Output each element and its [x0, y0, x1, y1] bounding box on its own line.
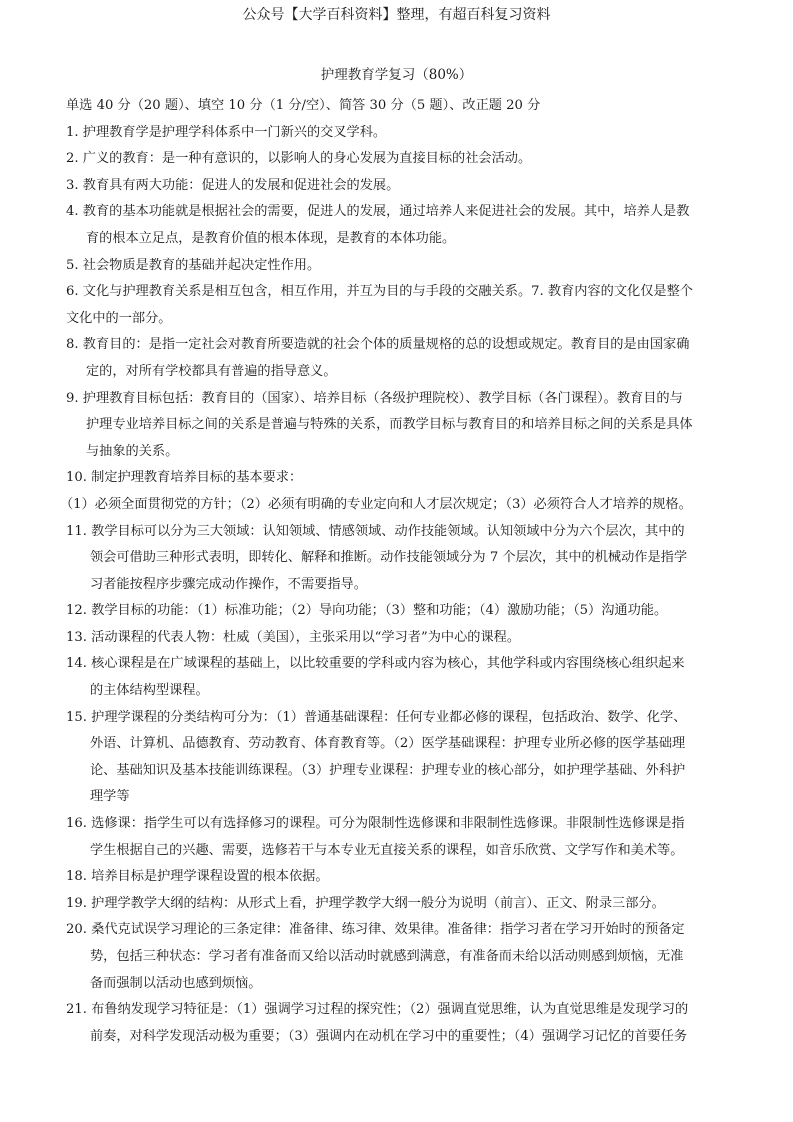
item-line-continued: 习者能按程序步骤完成动作操作，不需要指导。 [66, 572, 742, 599]
item-line-continued: 论、基础知识及基本技能训练课程。（3）护理专业课程：护理专业的核心部分，如护理学… [66, 758, 742, 785]
item-line: 16. 选修课：指学生可以有选择修习的课程。可分为限制性选修课和非限制性选修课。… [66, 811, 742, 838]
item-line: 1. 护理教育学是护理学科体系中一门新兴的交叉学科。 [66, 120, 742, 147]
scoring-line: 单选 40 分（20 题）、填空 10 分（1 分/空）、简答 30 分（5 题… [66, 93, 742, 120]
item-line: 5. 社会物质是教育的基础并起决定性作用。 [66, 253, 742, 280]
item-line-continued: （1）必须全面贯彻党的方针；（2）必须有明确的专业定向和人才层次规定；（3）必须… [60, 492, 742, 519]
list-item-18: 18. 培养目标是护理学课程设置的根本依据。 [66, 864, 742, 891]
item-line: 20. 桑代克试误学习理论的三条定律：准备律、练习律、效果律。准备律：指学习者在… [66, 917, 742, 944]
list-item-16: 16. 选修课：指学生可以有选择修习的课程。可分为限制性选修课和非限制性选修课。… [66, 811, 742, 864]
list-item-20: 20. 桑代克试误学习理论的三条定律：准备律、练习律、效果律。准备律：指学习者在… [66, 917, 742, 997]
item-line: 11. 教学目标可以分为三大领域：认知领域、情感领域、动作技能领域。认知领域中分… [66, 519, 742, 546]
document-body: 单选 40 分（20 题）、填空 10 分（1 分/空）、简答 30 分（5 题… [66, 93, 742, 1050]
item-line-continued: 与抽象的关系。 [66, 439, 742, 466]
item-line: 6. 文化与护理教育关系是相互包含，相互作用，并互为目的与手段的交融关系。7. … [66, 279, 742, 306]
item-line-continued: 领会可借助三种形式表明，即转化、解释和推断。动作技能领域分为 7 个层次，其中的… [66, 545, 742, 572]
list-item-8: 8. 教育目的：是指一定社会对教育所要造就的社会个体的质量规格的总的设想或规定。… [66, 332, 742, 385]
list-item-13: 13. 活动课程的代表人物：杜威（美国），主张采用以“学习者”为中心的课程。 [66, 625, 742, 652]
list-item-10: 10. 制定护理教育培养目标的基本要求： （1）必须全面贯彻党的方针；（2）必须… [66, 465, 742, 518]
item-line-continued: 外语、计算机、品德教育、劳动教育、体育教育等。（2）医学基础课程：护理专业所必修… [66, 731, 742, 758]
item-line-continued: 文化中的一部分。 [66, 306, 742, 333]
item-line: 13. 活动课程的代表人物：杜威（美国），主张采用以“学习者”为中心的课程。 [66, 625, 742, 652]
item-line-continued: 定的，对所有学校都具有普遍的指导意义。 [66, 359, 742, 386]
list-item-6: 6. 文化与护理教育关系是相互包含，相互作用，并互为目的与手段的交融关系。7. … [66, 279, 742, 332]
item-line-continued: 学生根据自己的兴趣、需要，选修若干与本专业无直接关系的课程，如音乐欣赏、文学写作… [66, 838, 742, 865]
item-line: 14. 核心课程是在广域课程的基础上，以比较重要的学科或内容为核心，其他学科或内… [66, 651, 742, 678]
list-item-2: 2. 广义的教育：是一种有意识的，以影响人的身心发展为直接目标的社会活动。 [66, 146, 742, 173]
list-item-11: 11. 教学目标可以分为三大领域：认知领域、情感领域、动作技能领域。认知领域中分… [66, 519, 742, 599]
list-item-5: 5. 社会物质是教育的基础并起决定性作用。 [66, 253, 742, 280]
item-line: 18. 培养目标是护理学课程设置的根本依据。 [66, 864, 742, 891]
page-header-watermark: 公众号【大学百科资料】整理，有超百科复习资料 [0, 6, 793, 24]
item-line: 3. 教育具有两大功能：促进人的发展和促进社会的发展。 [66, 173, 742, 200]
item-line-continued: 备而强制以活动也感到烦恼。 [66, 971, 742, 998]
item-line: 9. 护理教育目标包括：教育目的（国家）、培养目标（各级护理院校）、教学目标（各… [66, 386, 742, 413]
list-item-14: 14. 核心课程是在广域课程的基础上，以比较重要的学科或内容为核心，其他学科或内… [66, 651, 742, 704]
item-line-continued: 护理专业培养目标之间的关系是普遍与特殊的关系，而教学目标与教育目的和培养目标之间… [66, 412, 742, 439]
item-line: 4. 教育的基本功能就是根据社会的需要，促进人的发展，通过培养人来促进社会的发展… [66, 199, 742, 226]
item-line: 19. 护理学教学大纲的结构：从形式上看，护理学教学大纲一般分为说明（前言）、正… [66, 891, 742, 918]
item-line: 8. 教育目的：是指一定社会对教育所要造就的社会个体的质量规格的总的设想或规定。… [66, 332, 742, 359]
list-item-21: 21. 布鲁纳发现学习特征是：（1）强调学习过程的探究性；（2）强调直觉思维，认… [66, 997, 742, 1050]
item-line-continued: 的主体结构型课程。 [66, 678, 742, 705]
item-line: 2. 广义的教育：是一种有意识的，以影响人的身心发展为直接目标的社会活动。 [66, 146, 742, 173]
list-item-9: 9. 护理教育目标包括：教育目的（国家）、培养目标（各级护理院校）、教学目标（各… [66, 386, 742, 466]
item-line: 10. 制定护理教育培养目标的基本要求： [66, 465, 742, 492]
list-item-15: 15. 护理学课程的分类结构可分为：（1）普通基础课程：任何专业都必修的课程，包… [66, 705, 742, 811]
list-item-1: 1. 护理教育学是护理学科体系中一门新兴的交叉学科。 [66, 120, 742, 147]
item-line: 15. 护理学课程的分类结构可分为：（1）普通基础课程：任何专业都必修的课程，包… [66, 705, 742, 732]
item-line-continued: 理学等 [66, 784, 742, 811]
item-line-continued: 育的根本立足点，是教育价值的根本体现，是教育的本体功能。 [66, 226, 742, 253]
list-item-4: 4. 教育的基本功能就是根据社会的需要，促进人的发展，通过培养人来促进社会的发展… [66, 199, 742, 252]
item-line-continued: 势，包括三种状态：学习者有准备而又给以活动时就感到满意，有准备而未给以活动则感到… [66, 944, 742, 971]
item-line-continued: 前奏，对科学发现活动极为重要；（3）强调内在动机在学习中的重要性；（4）强调学习… [66, 1024, 742, 1051]
item-line: 21. 布鲁纳发现学习特征是：（1）强调学习过程的探究性；（2）强调直觉思维，认… [66, 997, 742, 1024]
item-line: 12. 教学目标的功能：（1）标准功能；（2）导向功能；（3）整和功能；（4）激… [66, 598, 742, 625]
document-title: 护理教育学复习（80%） [0, 66, 793, 84]
list-item-19: 19. 护理学教学大纲的结构：从形式上看，护理学教学大纲一般分为说明（前言）、正… [66, 891, 742, 918]
list-item-3: 3. 教育具有两大功能：促进人的发展和促进社会的发展。 [66, 173, 742, 200]
list-item-12: 12. 教学目标的功能：（1）标准功能；（2）导向功能；（3）整和功能；（4）激… [66, 598, 742, 625]
